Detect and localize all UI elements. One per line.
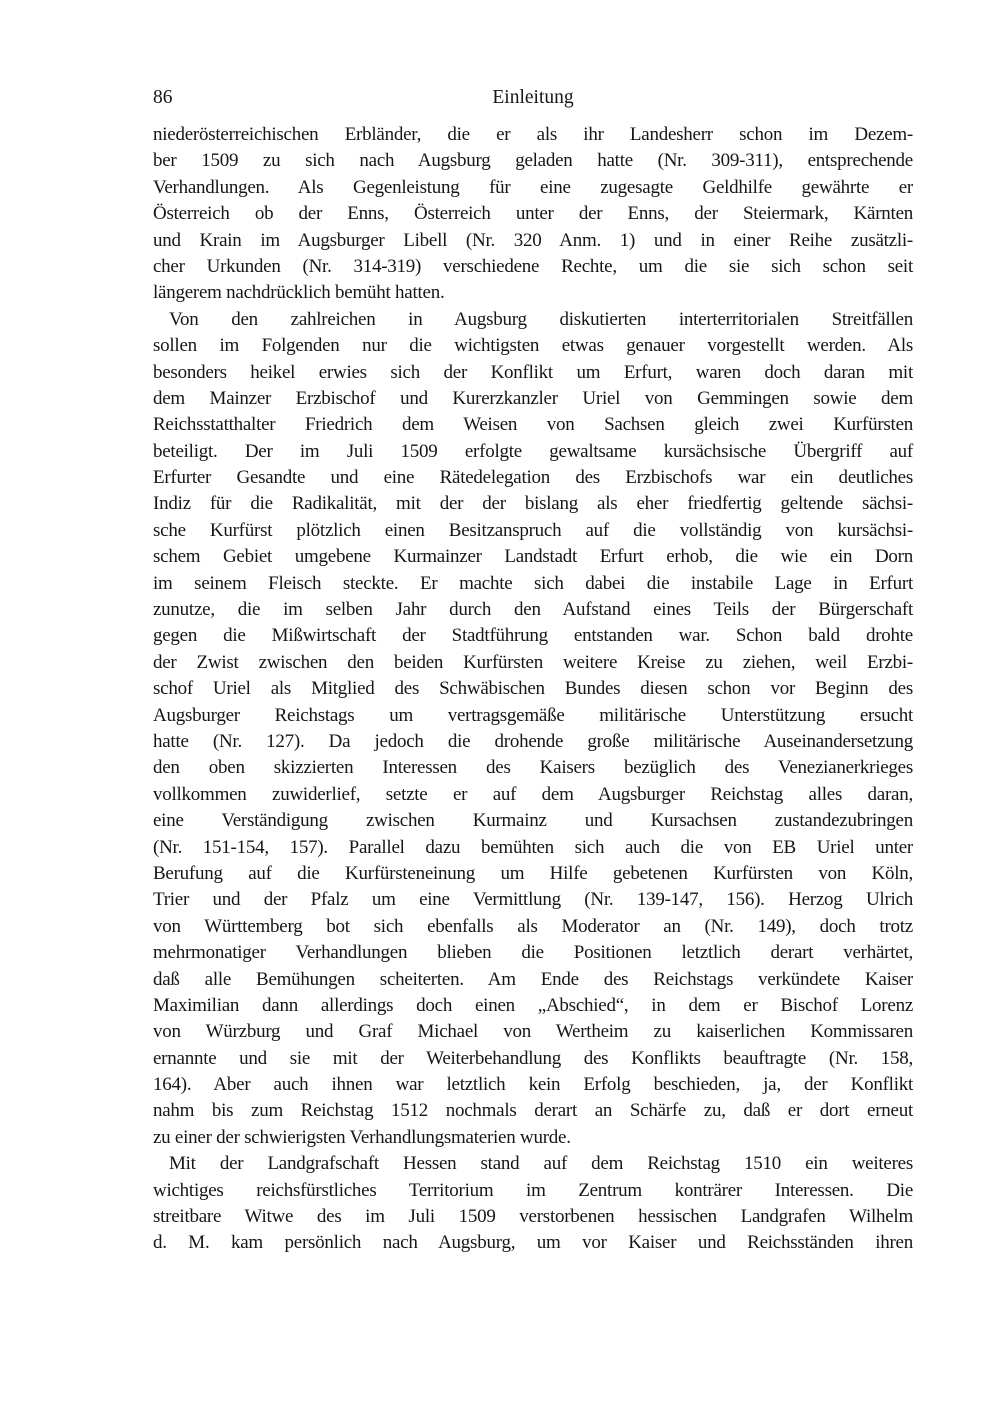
text-line: Erfurter Gesandte und eine Rätedelegatio… <box>153 465 913 491</box>
text-line: schof Uriel als Mitglied des Schwäbische… <box>153 676 913 702</box>
text-line: hatte (Nr. 127). Da jedoch die drohende … <box>153 729 913 755</box>
text-line: sche Kurfürst plötzlich einen Besitzansp… <box>153 518 913 544</box>
text-line: eine Verständigung zwischen Kurmainz und… <box>153 808 913 834</box>
text-line: d. M. kam persönlich nach Augsburg, um v… <box>153 1230 913 1256</box>
text-line: ernannte und sie mit der Weiterbehandlun… <box>153 1046 913 1072</box>
text-line: vollkommen zuwiderlief, setzte er auf de… <box>153 782 913 808</box>
text-line: Trier und der Pfalz um eine Vermittlung … <box>153 887 913 913</box>
text-line: im seinem Fleisch steckte. Er machte sic… <box>153 571 913 597</box>
text-line: cher Urkunden (Nr. 314-319) verschiedene… <box>153 254 913 280</box>
text-line: Berufung auf die Kurfürsteneinung um Hil… <box>153 861 913 887</box>
text-line: Mit der Landgrafschaft Hessen stand auf … <box>153 1151 913 1177</box>
text-line: Indiz für die Radikalität, mit der der b… <box>153 491 913 517</box>
text-line: beteiligt. Der im Juli 1509 erfolgte gew… <box>153 439 913 465</box>
text-line: niederösterreichischen Erbländer, die er… <box>153 122 913 148</box>
text-line: (Nr. 151-154, 157). Parallel dazu bemüht… <box>153 835 913 861</box>
text-line: Verhandlungen. Als Gegenleistung für ein… <box>153 175 913 201</box>
text-line: von Würzburg und Graf Michael von Werthe… <box>153 1019 913 1045</box>
text-line: zu einer der schwierigsten Verhandlungsm… <box>153 1125 913 1151</box>
page-number: 86 <box>153 84 173 111</box>
text-line: streitbare Witwe des im Juli 1509 versto… <box>153 1204 913 1230</box>
text-line: der Zwist zwischen den beiden Kurfürsten… <box>153 650 913 676</box>
text-line: sollen im Folgenden nur die wichtigsten … <box>153 333 913 359</box>
text-line: Augsburger Reichstags um vertragsgemäße … <box>153 703 913 729</box>
text-line: gegen die Mißwirtschaft der Stadtführung… <box>153 623 913 649</box>
text-line: von Württemberg bot sich ebenfalls als M… <box>153 914 913 940</box>
text-line: ber 1509 zu sich nach Augsburg geladen h… <box>153 148 913 174</box>
text-line: den oben skizzierten Interessen des Kais… <box>153 755 913 781</box>
text-line: nahm bis zum Reichstag 1512 nochmals der… <box>153 1098 913 1124</box>
text-block: niederösterreichischen Erbländer, die er… <box>153 122 913 1257</box>
text-line: Österreich ob der Enns, Österreich unter… <box>153 201 913 227</box>
text-line: besonders heikel erwies sich der Konflik… <box>153 360 913 386</box>
text-line: 164). Aber auch ihnen war letztlich kein… <box>153 1072 913 1098</box>
text-line: zunutze, die im selben Jahr durch den Au… <box>153 597 913 623</box>
text-line: Reichsstatthalter Friedrich dem Weisen v… <box>153 412 913 438</box>
text-line: Von den zahlreichen in Augsburg diskutie… <box>153 307 913 333</box>
text-line: Maximilian dann allerdings doch einen „A… <box>153 993 913 1019</box>
text-line: mehrmonatiger Verhandlungen blieben die … <box>153 940 913 966</box>
text-line: längerem nachdrücklich bemüht hatten. <box>153 280 913 306</box>
book-page: 86 Einleitung niederösterreichischen Erb… <box>153 84 913 1257</box>
running-header: 86 Einleitung <box>153 84 913 111</box>
chapter-title: Einleitung <box>153 84 913 111</box>
text-line: dem Mainzer Erzbischof und Kurerzkanzler… <box>153 386 913 412</box>
text-line: und Krain im Augsburger Libell (Nr. 320 … <box>153 228 913 254</box>
text-line: schem Gebiet umgebene Kurmainzer Landsta… <box>153 544 913 570</box>
text-line: daß alle Bemühungen scheiterten. Am Ende… <box>153 967 913 993</box>
text-line: wichtiges reichsfürstliches Territorium … <box>153 1178 913 1204</box>
